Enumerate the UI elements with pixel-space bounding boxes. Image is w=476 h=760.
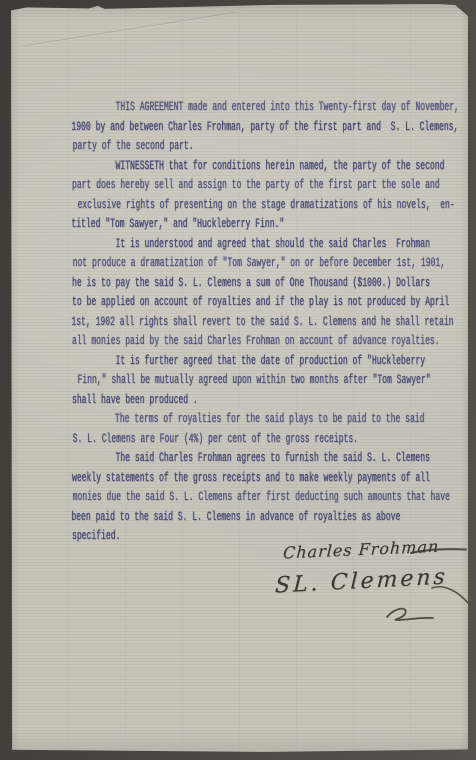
- typed-text-block: THIS AGREEMENT made and entered into thi…: [72, 97, 476, 546]
- typed-line: titled "Tom Sawyer," and "Huckleberry Fi…: [71, 214, 476, 234]
- typed-line: The terms of royalties for the said play…: [71, 409, 476, 429]
- signature-clemens-flourish: [383, 605, 437, 627]
- typed-line: weekly statements of the gross receipts …: [72, 468, 476, 488]
- typed-line: party of the second part.: [73, 136, 476, 156]
- typed-line: monies due the said S. L. Clemens after …: [73, 487, 476, 507]
- typed-line: to be applied on account of royalties an…: [72, 292, 476, 312]
- typed-line: been paid to the said S. L. Clemens in a…: [71, 507, 476, 527]
- typed-line: Finn," shall be mutually agreed upon wit…: [73, 370, 476, 390]
- typed-line: THIS AGREEMENT made and entered into thi…: [72, 97, 476, 117]
- typed-line: It is understood and agreed that should …: [72, 234, 476, 254]
- typed-line: 1st, 1902 all rights shall revert to the…: [71, 312, 476, 332]
- typed-line: all monies paid by the said Charles Froh…: [72, 331, 476, 351]
- typed-line: part does hereby sell and assign to the …: [72, 175, 476, 195]
- typed-line: exclusive rights of presenting on the st…: [73, 195, 476, 215]
- signature-sl-clemens: SL. Clemens: [274, 564, 448, 598]
- typed-line: WITNESSETH that for conditions herein na…: [72, 156, 476, 176]
- document-page: THIS AGREEMENT made and entered into thi…: [11, 4, 468, 752]
- typed-line: he is to pay the said S. L. Clemens a su…: [72, 273, 476, 293]
- typed-line: It is further agreed that the date of pr…: [72, 351, 476, 371]
- typed-line: The said Charles Frohman agrees to furni…: [72, 448, 476, 468]
- scan-backdrop: THIS AGREEMENT made and entered into thi…: [0, 0, 476, 760]
- typed-line: 1900 by and between Charles Frohman, par…: [71, 117, 476, 137]
- typed-line: S. L. Clemens are Four (4%) per cent of …: [73, 429, 476, 449]
- typed-line: not produce a dramatization of "Tom Sawy…: [73, 253, 476, 273]
- typed-line: shall have been produced .: [72, 390, 476, 410]
